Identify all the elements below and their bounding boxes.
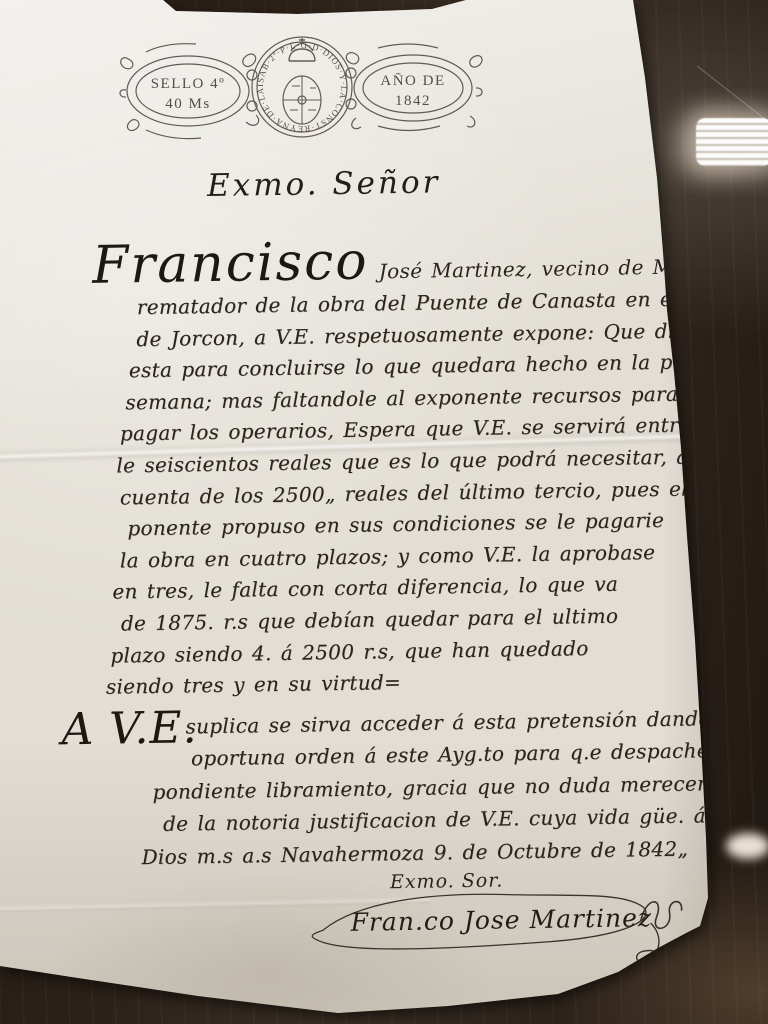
photo-of-document: ISAB·2ª·P·L·G·D·DIOS·Y·LA·CONST·REYNA·DE… xyxy=(0,0,768,1024)
body-paragraph: rematador de la obra del Puente de Canas… xyxy=(0,285,763,708)
signature: Fran.co Jose Martinez xyxy=(350,903,652,937)
handwritten-text-layer: Exmo. Señor FranciscoJosé Martinez, veci… xyxy=(0,0,768,1024)
photo-root: { "scene": { "description": "Photograph … xyxy=(0,0,768,1024)
petitioner-name: Francisco xyxy=(92,232,369,296)
opening-rest: José Martinez, vecino de Malpica, y xyxy=(379,253,764,283)
document-paper: ISAB·2ª·P·L·G·D·DIOS·Y·LA·CONST·REYNA·DE… xyxy=(0,0,768,1024)
signature-block: Fran.co Jose Martinez xyxy=(298,876,709,974)
petition-lines: suplica se sirva acceder á esta pretensi… xyxy=(3,705,765,879)
salutation: Exmo. Señor xyxy=(207,164,441,204)
opening-line: FranciscoJosé Martinez, vecino de Malpic… xyxy=(92,225,764,296)
